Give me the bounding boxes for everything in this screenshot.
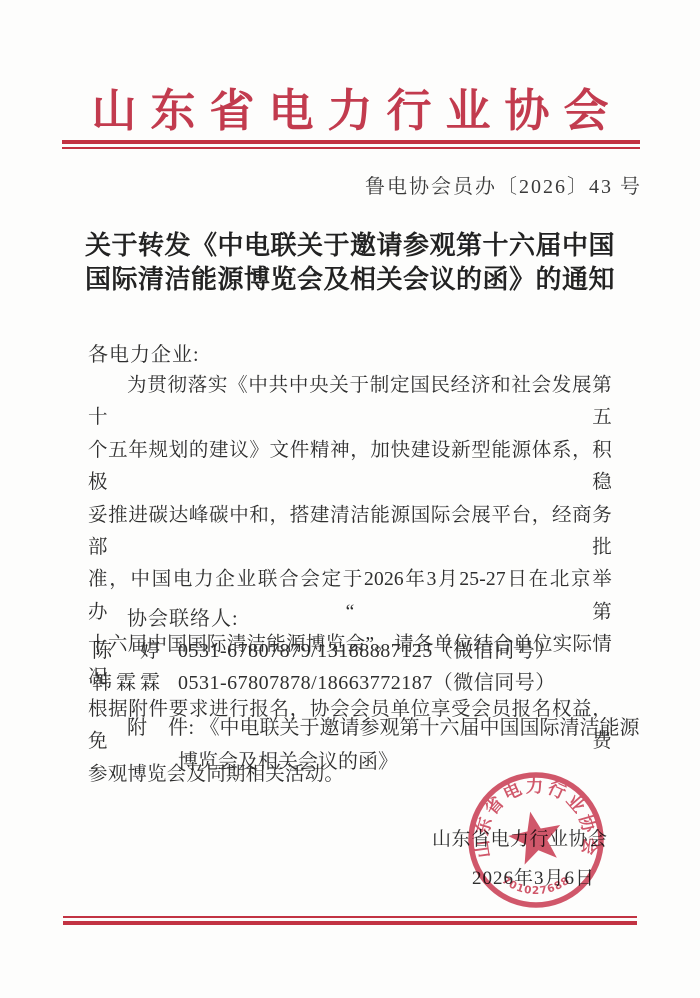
paragraph-line: 个五年规划的建议》文件精神，加快建设新型能源体系，积极稳 <box>88 435 612 500</box>
salutation: 各电力企业: <box>88 338 200 367</box>
signature-date: 2026年3月6日 <box>472 863 595 890</box>
attachment-label: 附 件: <box>127 717 195 739</box>
contact-phone: 0531-67807878/18663772187（微信同号） <box>178 672 556 694</box>
paragraph-line: 为贯彻落实《中共中央关于制定国民经济和社会发展第十五 <box>88 370 612 435</box>
contact-phone: 0531-67807879/13188887125（微信同号） <box>178 640 556 662</box>
signature-org: 山东省电力行业协会 <box>432 824 608 851</box>
attachment-note: 附 件: 《中电联关于邀请参观第十六届中国国际清洁能源 <box>127 711 640 740</box>
document-page: 山东省电力行业协会 鲁电协会员办〔2026〕43 号 关于转发《中电联关于邀请参… <box>0 0 700 998</box>
attachment-title-line-2: 博览会及相关会议的函》 <box>178 745 398 774</box>
contact-heading: 协会联络人: <box>127 602 239 631</box>
header-red-rule-thin <box>62 147 640 149</box>
footer-red-rule-thick <box>63 921 637 925</box>
contact-row: 陈 婷0531-67807879/13188887125（微信同号） <box>92 634 556 663</box>
document-title-line-1: 关于转发《中电联关于邀请参观第十六届中国 <box>40 229 660 263</box>
document-title-line-2: 国际清洁能源博览会及相关会议的函》的通知 <box>40 263 660 297</box>
contact-name: 陈 婷 <box>92 640 164 662</box>
document-title: 关于转发《中电联关于邀请参观第十六届中国 国际清洁能源博览会及相关会议的函》的通… <box>40 229 660 297</box>
footer-red-rule-thin <box>63 916 637 918</box>
contact-row: 韩霖霖0531-67807878/18663772187（微信同号） <box>92 666 556 695</box>
contact-name: 韩霖霖 <box>92 672 164 694</box>
doc-number: 鲁电协会员办〔2026〕43 号 <box>365 170 642 199</box>
paragraph-line: 妥推进碳达峰碳中和，搭建清洁能源国际会展平台，经商务部批 <box>88 500 612 565</box>
letterhead-org-title: 山东省电力行业协会 <box>0 74 700 139</box>
header-red-rule-thick <box>62 140 640 144</box>
attachment-title-line-1: 《中电联关于邀请参观第十六届中国国际清洁能源 <box>200 717 640 739</box>
